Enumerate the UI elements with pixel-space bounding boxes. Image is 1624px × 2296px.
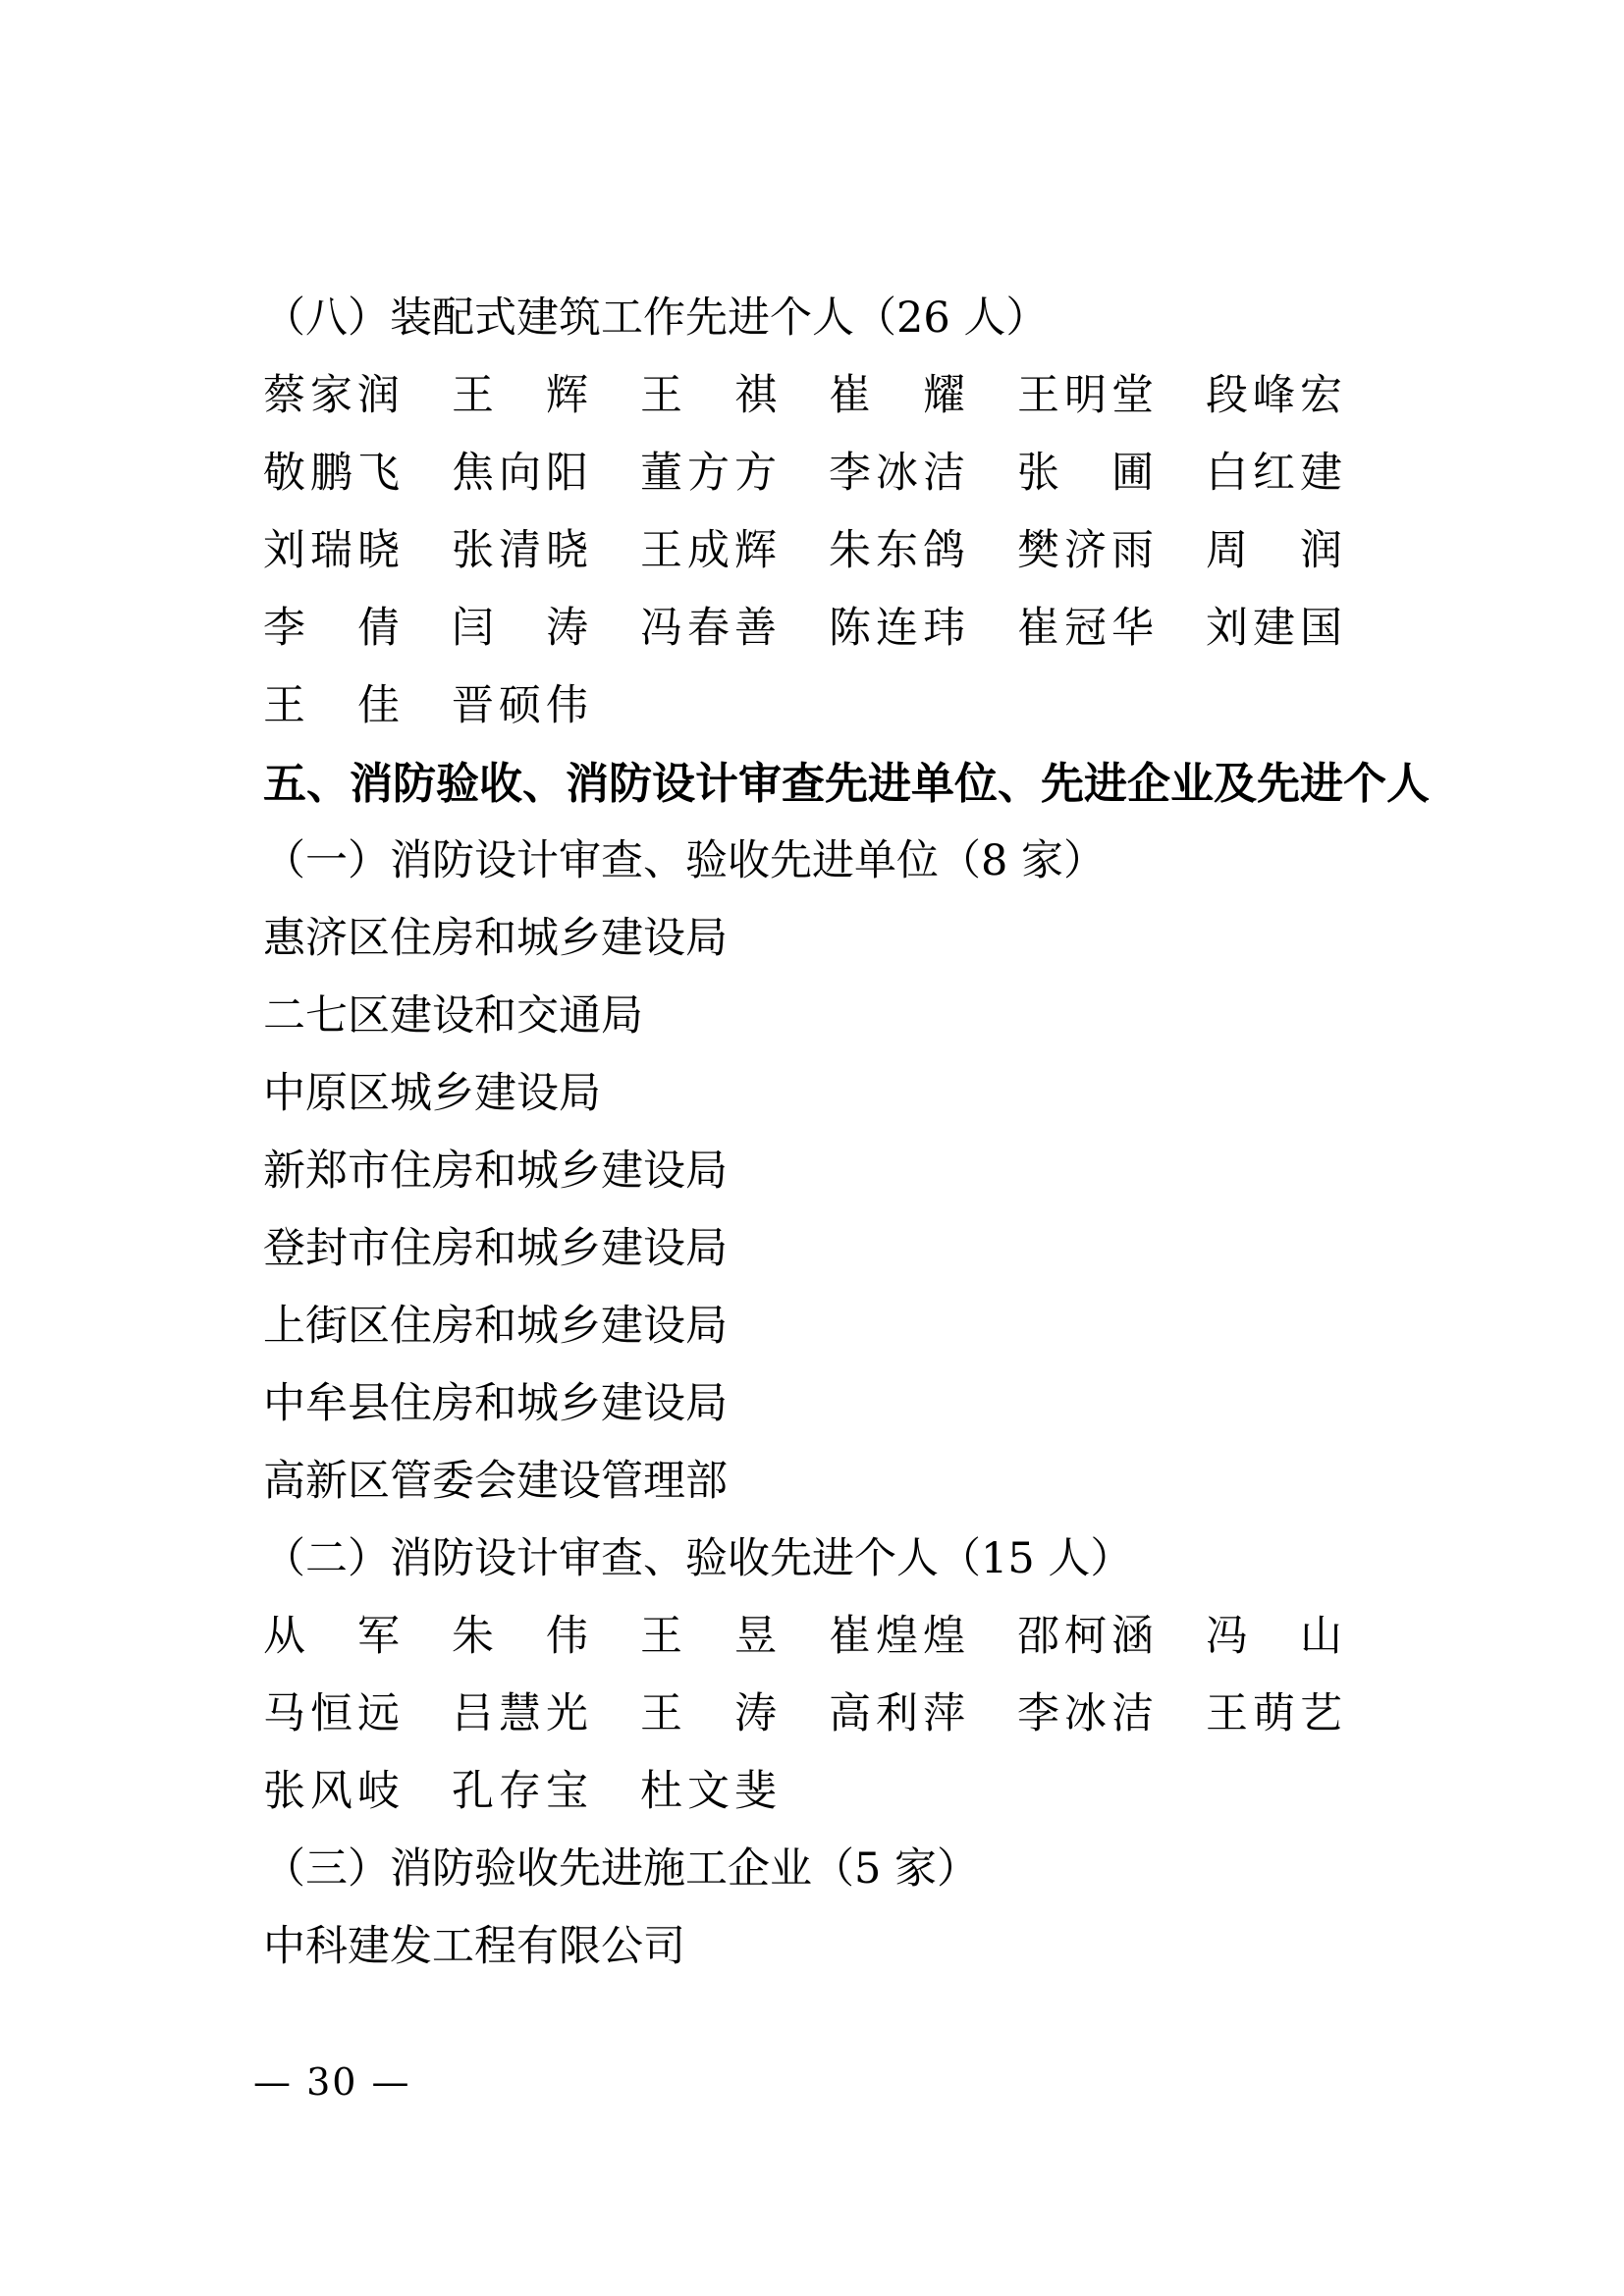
section-8-heading: （八）装配式建筑工作先进个人（26 人）: [263, 280, 1441, 357]
section-5-2-heading: （二）消防设计审查、验收先进个人（15 人）: [263, 1521, 1441, 1598]
unit-list-item: 上街区住房和城乡建设局: [263, 1288, 1441, 1365]
document-content: （八）装配式建筑工作先进个人（26 人） 蔡家润 王 辉 王 祺 崔 耀 王明堂…: [263, 280, 1441, 1986]
section-5-1-unit-list: 惠济区住房和城乡建设局二七区建设和交通局中原区城乡建设局新郑市住房和城乡建设局登…: [263, 900, 1441, 1521]
section-5-2-name-rows: 从 军 朱 伟 王 昱 崔煌煌 邵柯涵 冯 山马恒远 吕慧光 王 涛 高利萍 李…: [263, 1598, 1441, 1831]
unit-list-item: 登封市住房和城乡建设局: [263, 1210, 1441, 1288]
awardee-name-row: 蔡家润 王 辉 王 祺 崔 耀 王明堂 段峰宏: [263, 357, 1441, 435]
unit-list-item: 新郑市住房和城乡建设局: [263, 1133, 1441, 1210]
section-8-name-rows: 蔡家润 王 辉 王 祺 崔 耀 王明堂 段峰宏敬鹏飞 焦向阳 董方方 李冰洁 张…: [263, 357, 1441, 745]
awardee-name-row: 李 倩 闫 涛 冯春善 陈连玮 崔冠华 刘建国: [263, 590, 1441, 667]
unit-list-item: 中科建发工程有限公司: [263, 1908, 1441, 1986]
unit-list-item: 中原区城乡建设局: [263, 1055, 1441, 1133]
awardee-name-row: 从 军 朱 伟 王 昱 崔煌煌 邵柯涵 冯 山: [263, 1598, 1441, 1676]
section-5-3-heading: （三）消防验收先进施工企业（5 家）: [263, 1831, 1441, 1908]
section-5-heading: 五、消防验收、消防设计审查先进单位、先进企业及先进个人: [263, 745, 1441, 823]
unit-list-item: 高新区管委会建设管理部: [263, 1443, 1441, 1521]
awardee-name-row: 马恒远 吕慧光 王 涛 高利萍 李冰洁 王萌艺: [263, 1676, 1441, 1753]
awardee-name-row: 王 佳 晋硕伟: [263, 667, 1441, 745]
unit-list-item: 中牟县住房和城乡建设局: [263, 1365, 1441, 1443]
awardee-name-row: 敬鹏飞 焦向阳 董方方 李冰洁 张 圃 白红建: [263, 435, 1441, 512]
section-5-3-unit-list: 中科建发工程有限公司: [263, 1908, 1441, 1986]
section-5-1-heading: （一）消防设计审查、验收先进单位（8 家）: [263, 823, 1441, 900]
page-number: — 30 —: [253, 2061, 411, 2103]
document-page: （八）装配式建筑工作先进个人（26 人） 蔡家润 王 辉 王 祺 崔 耀 王明堂…: [0, 0, 1624, 2296]
unit-list-item: 惠济区住房和城乡建设局: [263, 900, 1441, 978]
awardee-name-row: 刘瑞晓 张清晓 王成辉 朱东鸽 樊济雨 周 润: [263, 512, 1441, 590]
awardee-name-row: 张风岐 孔存宝 杜文斐: [263, 1753, 1441, 1831]
unit-list-item: 二七区建设和交通局: [263, 978, 1441, 1055]
